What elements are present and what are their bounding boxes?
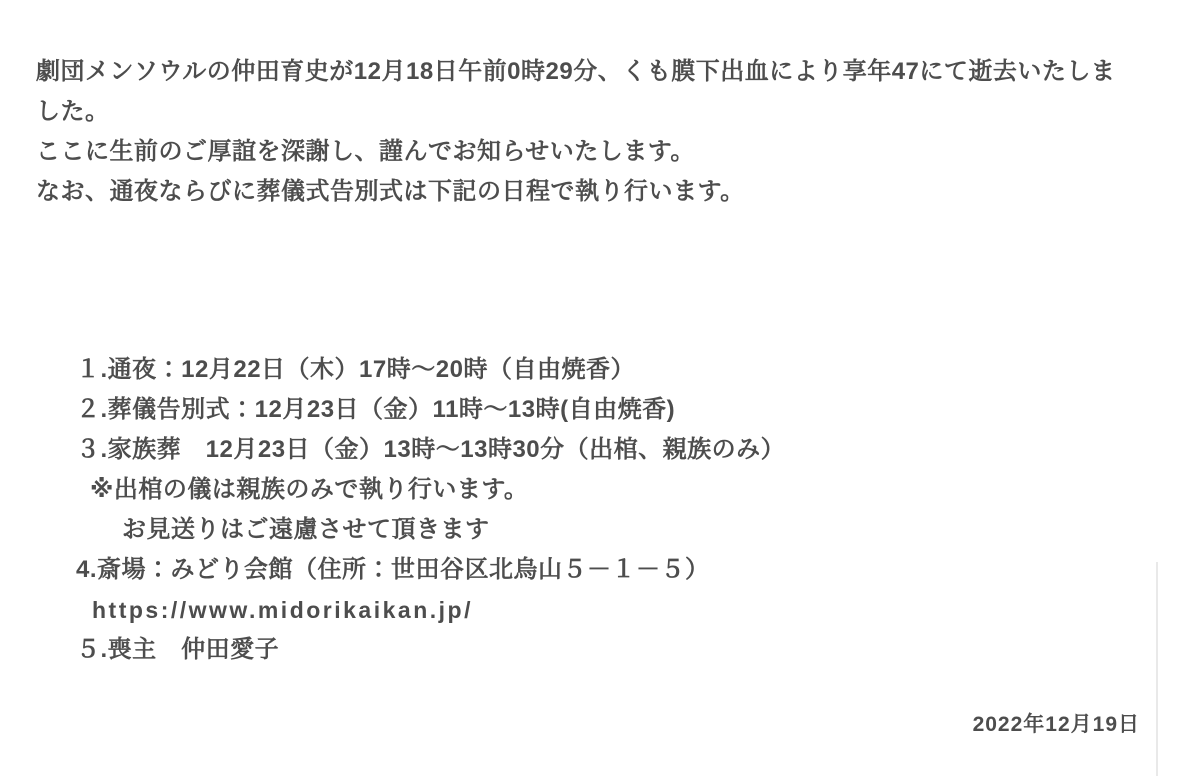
venue-url-text: https://www.midorikaikan.jp/ xyxy=(76,590,1148,630)
image-edge-line xyxy=(1156,562,1158,776)
note-no-sendoff: お見送りはご遠慮させて頂きます xyxy=(76,510,1148,550)
schedule-list: １.通夜：12月22日（木）17時～20時（自由焼香） ２.葬儀告別式：12月2… xyxy=(76,350,1148,670)
schedule-item-venue: 4.斎場：みどり会館（住所：世田谷区北烏山５－１－５） xyxy=(76,550,1148,590)
note-coffin-departure: ※出棺の儀は親族のみで執り行います。 xyxy=(76,470,1148,510)
intro-line-death-announcement: 劇団メンソウルの仲田育史が12月18日午前0時29分、くも膜下出血により享年47… xyxy=(36,52,1136,132)
schedule-item-funeral-service: ２.葬儀告別式：12月23日（金）11時～13時(自由焼香) xyxy=(76,390,1148,430)
schedule-item-wake: １.通夜：12月22日（木）17時～20時（自由焼香） xyxy=(76,350,1148,390)
intro-line-schedule-notice: なお、通夜ならびに葬儀式告別式は下記の日程で執り行います。 xyxy=(36,172,1136,212)
announcement-date: 2022年12月19日 xyxy=(973,708,1140,738)
schedule-item-chief-mourner: ５.喪主 仲田愛子 xyxy=(76,630,1148,670)
schedule-item-family-funeral: ３.家族葬 12月23日（金）13時～13時30分（出棺、親族のみ） xyxy=(76,430,1148,470)
funeral-notice-document: 劇団メンソウルの仲田育史が12月18日午前0時29分、くも膜下出血により享年47… xyxy=(0,0,1178,776)
intro-line-gratitude: ここに生前のご厚誼を深謝し、謹んでお知らせいたします。 xyxy=(36,132,1136,172)
intro-paragraph: 劇団メンソウルの仲田育史が12月18日午前0時29分、くも膜下出血により享年47… xyxy=(36,52,1148,212)
